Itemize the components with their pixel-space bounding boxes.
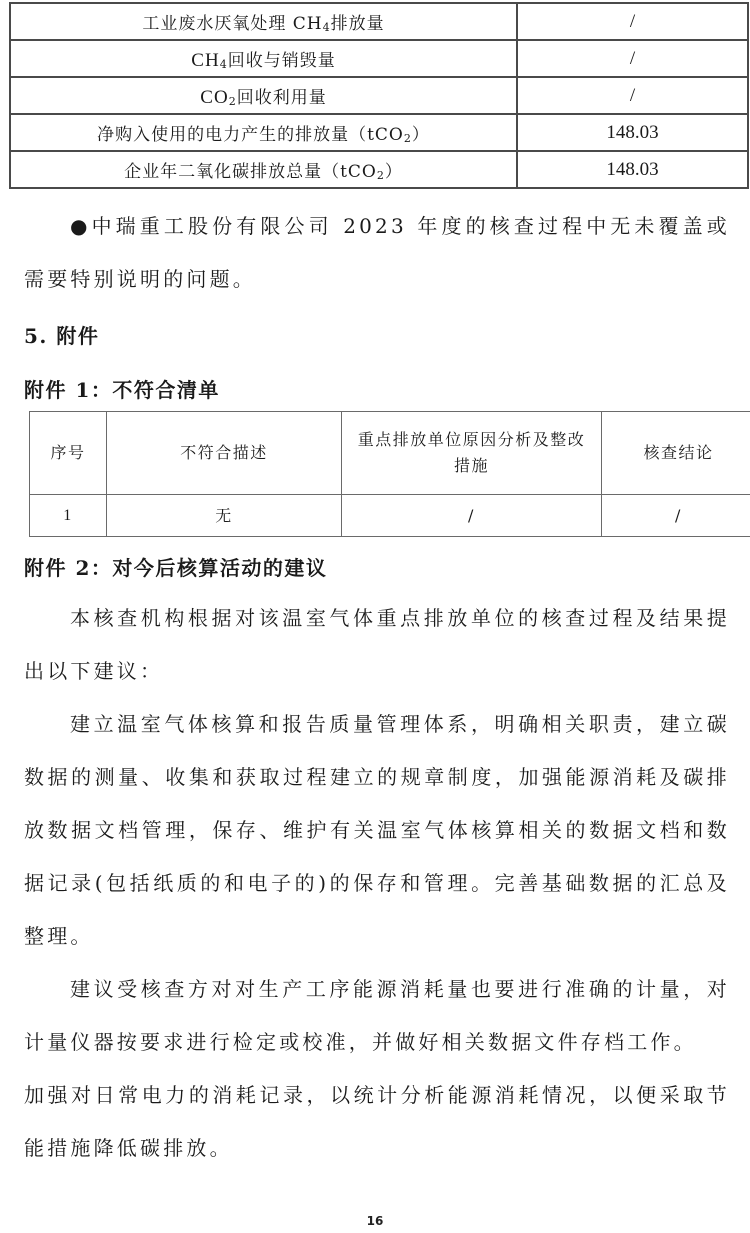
table-cell: /: [342, 495, 602, 537]
emission-value: 148.03: [517, 114, 748, 151]
column-header: 序号: [30, 412, 107, 495]
emission-item: 净购入使用的电力产生的排放量（tCO2）: [10, 114, 517, 151]
recommendation-paragraph: 建立温室气体核算和报告质量管理体系，明确相关职责，建立碳数据的测量、收集和获取过…: [24, 698, 730, 963]
recommendation-paragraph: 加强对日常电力的消耗记录，以统计分析能源消耗情况，以便采取节能措施降低碳排放。: [24, 1069, 730, 1175]
nonconformity-table: 序号 不符合描述 重点排放单位原因分析及整改措施 核查结论 1 无 / /: [29, 411, 750, 537]
emission-value: /: [517, 77, 748, 114]
table-row: 1 无 / /: [30, 495, 750, 537]
section-heading: 5. 附件: [24, 320, 99, 349]
table-row: 企业年二氧化碳排放总量（tCO2） 148.03: [10, 151, 748, 188]
table-row: CH4回收与销毁量 /: [10, 40, 748, 77]
emission-item: CO2回收利用量: [10, 77, 517, 114]
emission-item: 企业年二氧化碳排放总量（tCO2）: [10, 151, 517, 188]
attachment-2-heading: 附件 2：对今后核算活动的建议: [24, 552, 327, 581]
emissions-table: 工业废水厌氧处理 CH4排放量 / CH4回收与销毁量 / CO2回收利用量 /…: [9, 2, 749, 189]
table-cell: 1: [30, 495, 107, 537]
table-row: 工业废水厌氧处理 CH4排放量 /: [10, 3, 748, 40]
table-cell: /: [602, 495, 750, 537]
table-row: CO2回收利用量 /: [10, 77, 748, 114]
table-header-row: 序号 不符合描述 重点排放单位原因分析及整改措施 核查结论: [30, 412, 750, 495]
emission-value: /: [517, 40, 748, 77]
recommendation-paragraph: 本核查机构根据对该温室气体重点排放单位的核查过程及结果提出以下建议：: [24, 592, 730, 698]
emission-item: CH4回收与销毁量: [10, 40, 517, 77]
table-cell: 无: [107, 495, 342, 537]
attachment-1-heading: 附件 1：不符合清单: [24, 374, 220, 403]
emission-value: /: [517, 3, 748, 40]
column-header: 不符合描述: [107, 412, 342, 495]
emission-value: 148.03: [517, 151, 748, 188]
column-header: 核查结论: [602, 412, 750, 495]
note-paragraph: ●中瑞重工股份有限公司 2023 年度的核查过程中无未覆盖或需要特别说明的问题。: [24, 200, 730, 306]
emission-item: 工业废水厌氧处理 CH4排放量: [10, 3, 517, 40]
recommendation-paragraph: 建议受核查方对对生产工序能源消耗量也要进行准确的计量，对计量仪器按要求进行检定或…: [24, 963, 730, 1069]
column-header: 重点排放单位原因分析及整改措施: [342, 412, 602, 495]
page-number: 16: [0, 1214, 750, 1228]
table-row: 净购入使用的电力产生的排放量（tCO2） 148.03: [10, 114, 748, 151]
